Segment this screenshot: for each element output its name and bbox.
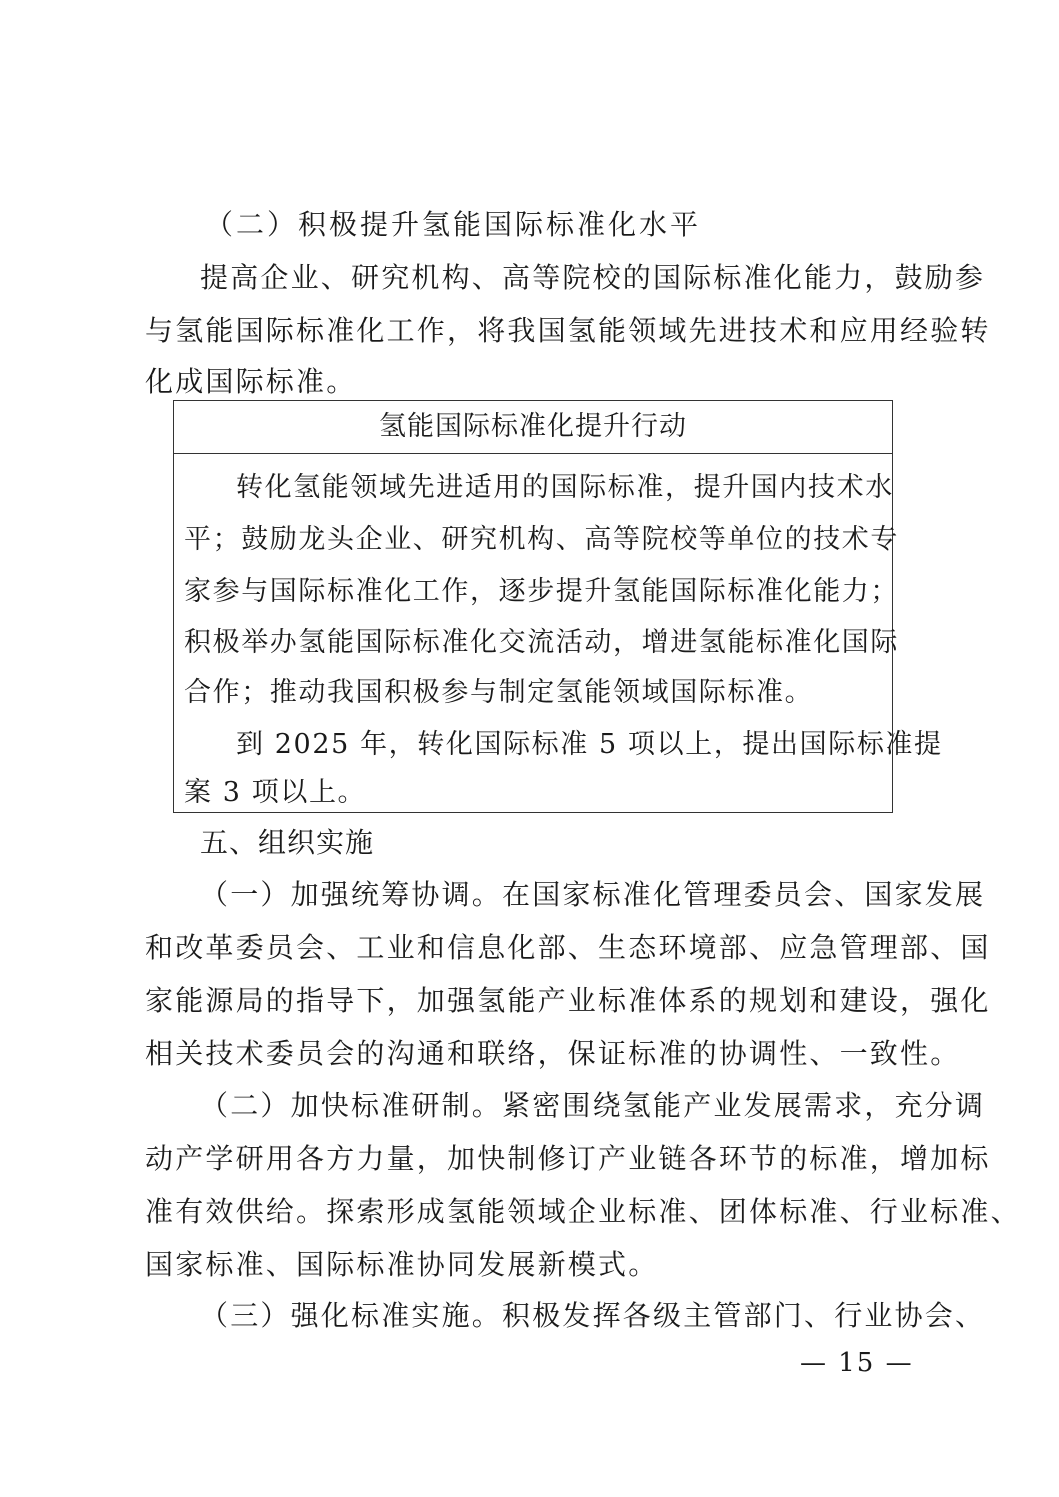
action-box-line: 合作；推动我国积极参与制定氢能领域国际标准。 xyxy=(184,673,882,713)
page-number: — 15 — xyxy=(800,1345,914,1381)
action-box-line: 家参与国际标准化工作，逐步提升氢能国际标准化能力； xyxy=(184,572,882,612)
action-box-line: 到 2025 年，转化国际标准 5 项以上，提出国际标准提 xyxy=(236,725,882,765)
action-box-line: 转化氢能领域先进适用的国际标准，提升国内技术水 xyxy=(236,468,882,508)
item-1-line: 相关技术委员会的沟通和联络，保证标准的协调性、一致性。 xyxy=(145,1034,923,1074)
item-2-line: 国家标准、国际标准协同发展新模式。 xyxy=(145,1245,923,1285)
item-2-line: （二）加快标准研制。紧密围绕氢能产业发展需求，充分调 xyxy=(200,1086,923,1126)
item-1-line: 和改革委员会、工业和信息化部、生态环境部、应急管理部、国 xyxy=(145,928,923,968)
action-box-line: 案 3 项以上。 xyxy=(184,773,882,813)
section-2-heading: （二）积极提升氢能国际标准化水平 xyxy=(205,205,701,245)
section-2-paragraph-line: 化成国际标准。 xyxy=(145,362,923,402)
action-box: 氢能国际标准化提升行动 转化氢能领域先进适用的国际标准，提升国内技术水 平；鼓励… xyxy=(173,400,893,813)
section-2-paragraph-line: 提高企业、研究机构、高等院校的国际标准化能力，鼓励参 xyxy=(200,258,923,298)
item-1-line: （一）加强统筹协调。在国家标准化管理委员会、国家发展 xyxy=(200,875,923,915)
action-box-line: 积极举办氢能国际标准化交流活动，增进氢能标准化国际 xyxy=(184,623,882,663)
item-3-line: （三）强化标准实施。积极发挥各级主管部门、行业协会、 xyxy=(200,1296,923,1336)
action-box-title: 氢能国际标准化提升行动 xyxy=(174,401,892,454)
chapter-5-heading: 五、组织实施 xyxy=(200,823,374,863)
action-box-line: 平；鼓励龙头企业、研究机构、高等院校等单位的技术专 xyxy=(184,520,882,560)
section-2-paragraph-line: 与氢能国际标准化工作，将我国氢能领域先进技术和应用经验转 xyxy=(145,311,923,351)
item-2-line: 准有效供给。探索形成氢能领域企业标准、团体标准、行业标准、 xyxy=(145,1192,923,1232)
item-2-line: 动产学研用各方力量，加快制修订产业链各环节的标准，增加标 xyxy=(145,1139,923,1179)
item-1-line: 家能源局的指导下，加强氢能产业标准体系的规划和建设，强化 xyxy=(145,981,923,1021)
document-page: （二）积极提升氢能国际标准化水平 提高企业、研究机构、高等院校的国际标准化能力，… xyxy=(0,0,1059,1497)
